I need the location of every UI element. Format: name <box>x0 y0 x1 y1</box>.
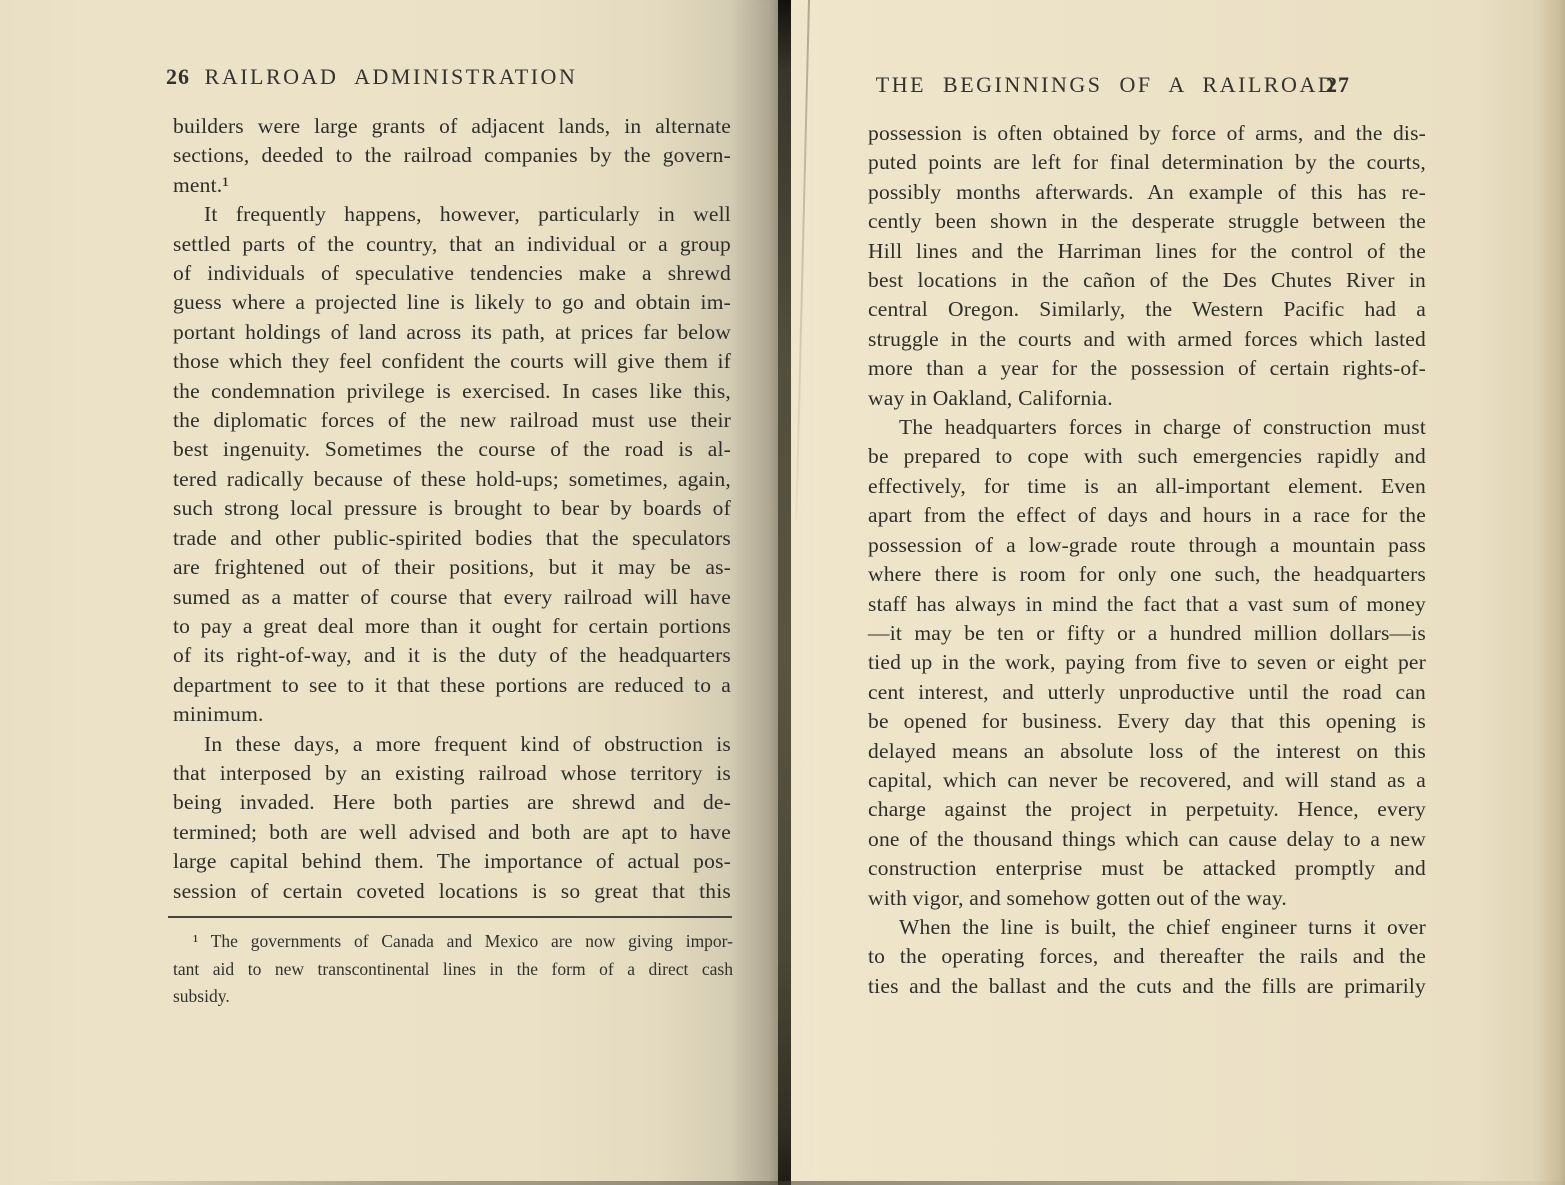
text-line: being invaded. Here both parties are shr… <box>173 788 731 817</box>
paragraph: ¹ The governments of Canada and Mexico a… <box>173 928 733 1011</box>
text-line: central Oregon. Similarly, the Western P… <box>868 295 1426 324</box>
text-line: guess where a projected line is likely t… <box>173 288 731 317</box>
text-line: one of the thousand things which can cau… <box>868 825 1426 854</box>
text-line: capital, which can never be recovered, a… <box>868 766 1426 795</box>
text-line: puted points are left for final determin… <box>868 148 1426 177</box>
text-line: to pay a great deal more than it ought f… <box>173 612 731 641</box>
text-line: builders were large grants of adjacent l… <box>173 112 731 141</box>
left-running-title: RAILROAD ADMINISTRATION <box>205 64 578 90</box>
text-line: possession is often obtained by force of… <box>868 119 1426 148</box>
text-line: charge against the project in perpetuity… <box>868 795 1426 824</box>
text-line: It frequently happens, however, particul… <box>173 200 731 229</box>
page-bottom-edge <box>0 1181 1565 1185</box>
text-line: way in Oakland, California. <box>868 384 1426 413</box>
text-line: the condemnation privilege is exercised.… <box>173 377 731 406</box>
text-line: best ingenuity. Sometimes the course of … <box>173 435 731 464</box>
text-line: When the line is built, the chief engine… <box>868 913 1426 942</box>
text-line: large capital behind them. The importanc… <box>173 847 731 876</box>
text-line: where there is room for only one such, t… <box>868 560 1426 589</box>
text-line: session of certain coveted locations is … <box>173 877 731 906</box>
book-spread: 26 RAILROAD ADMINISTRATION builders were… <box>0 0 1565 1185</box>
text-line: ment.¹ <box>173 171 731 200</box>
text-line: construction enterprise must be attacked… <box>868 854 1426 883</box>
text-line: In these days, a more frequent kind of o… <box>173 730 731 759</box>
text-line: effectively, for time is an all-importan… <box>868 472 1426 501</box>
left-page-body: builders were large grants of adjacent l… <box>173 112 731 906</box>
text-line: cent interest, and utterly unproductive … <box>868 678 1426 707</box>
text-line: to the operating forces, and thereafter … <box>868 942 1426 971</box>
text-line: tied up in the work, paying from five to… <box>868 648 1426 677</box>
text-line: department to see to it that these porti… <box>173 671 731 700</box>
text-line: struggle in the courts and with armed fo… <box>868 325 1426 354</box>
text-line: trade and other public-spirited bodies t… <box>173 524 731 553</box>
right-running-title: THE BEGINNINGS OF A RAILROAD <box>876 72 1336 98</box>
left-page: 26 RAILROAD ADMINISTRATION builders were… <box>0 0 783 1185</box>
text-line: that interposed by an existing railroad … <box>173 759 731 788</box>
text-line: sumed as a matter of course that every r… <box>173 583 731 612</box>
text-line: tered radically because of these hold-up… <box>173 465 731 494</box>
text-line: termined; both are well advised and both… <box>173 818 731 847</box>
paragraph: possession is often obtained by force of… <box>868 119 1426 413</box>
text-line: with vigor, and somehow gotten out of th… <box>868 884 1426 913</box>
left-page-number: 26 <box>166 64 190 90</box>
text-line: The headquarters forces in charge of con… <box>868 413 1426 442</box>
text-line: subsidy. <box>173 983 733 1011</box>
text-line: are frightened out of their positions, b… <box>173 553 731 582</box>
text-line: the diplomatic forces of the new railroa… <box>173 406 731 435</box>
book-gutter <box>778 0 791 1185</box>
text-line: minimum. <box>173 700 731 729</box>
page-crease <box>795 0 810 520</box>
right-running-head: THE BEGINNINGS OF A RAILROAD 27 <box>868 72 1426 102</box>
paragraph: builders were large grants of adjacent l… <box>173 112 731 200</box>
text-line: possession of a low-grade route through … <box>868 531 1426 560</box>
right-page-body: possession is often obtained by force of… <box>868 119 1426 1001</box>
text-line: such strong local pressure is brought to… <box>173 494 731 523</box>
text-line: delayed means an absolute loss of the in… <box>868 737 1426 766</box>
footnote: ¹ The governments of Canada and Mexico a… <box>173 928 733 1011</box>
paragraph: It frequently happens, however, particul… <box>173 200 731 729</box>
left-running-head: 26 RAILROAD ADMINISTRATION <box>173 64 731 94</box>
text-line: be prepared to cope with such emergencie… <box>868 442 1426 471</box>
text-line: ties and the ballast and the cuts and th… <box>868 972 1426 1001</box>
right-page-number: 27 <box>1326 72 1350 98</box>
text-line: tant aid to new transcontinental lines i… <box>173 956 733 984</box>
text-line: be opened for business. Every day that t… <box>868 707 1426 736</box>
text-line: —it may be ten or fifty or a hundred mil… <box>868 619 1426 648</box>
text-line: portant holdings of land across its path… <box>173 318 731 347</box>
text-line: ¹ The governments of Canada and Mexico a… <box>173 928 733 956</box>
text-line: possibly months afterwards. An example o… <box>868 178 1426 207</box>
text-line: staff has always in mind the fact that a… <box>868 590 1426 619</box>
text-line: apart from the effect of days and hours … <box>868 501 1426 530</box>
text-line: of its right-of-way, and it is the duty … <box>173 641 731 670</box>
paragraph: When the line is built, the chief engine… <box>868 913 1426 1001</box>
text-line: sections, deeded to the railroad compani… <box>173 141 731 170</box>
text-line: Hill lines and the Harriman lines for th… <box>868 237 1426 266</box>
footnote-rule <box>168 916 732 918</box>
text-line: of individuals of speculative tendencies… <box>173 259 731 288</box>
text-line: cently been shown in the desperate strug… <box>868 207 1426 236</box>
text-line: settled parts of the country, that an in… <box>173 230 731 259</box>
text-line: those which they feel confident the cour… <box>173 347 731 376</box>
paragraph: The headquarters forces in charge of con… <box>868 413 1426 913</box>
text-line: more than a year for the possession of c… <box>868 354 1426 383</box>
text-line: best locations in the cañon of the Des C… <box>868 266 1426 295</box>
paragraph: In these days, a more frequent kind of o… <box>173 730 731 906</box>
right-page: THE BEGINNINGS OF A RAILROAD 27 possessi… <box>783 0 1565 1185</box>
